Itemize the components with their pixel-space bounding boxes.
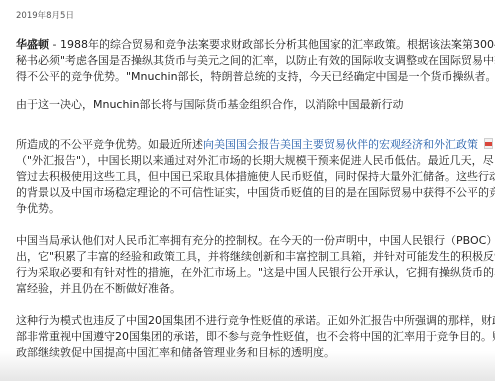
dateline: 华盛顿	[16, 38, 49, 51]
pdf-file-icon[interactable]	[484, 138, 493, 149]
paragraph-line: 秘书必须"考虑各国是否操纵其货币与美元之间的汇率，以防止有效的国际收支调整或在国…	[16, 53, 484, 69]
paragraph-line: 这种行为模式也违反了中国20国集团不进行竞争性贬值的承诺。正如外汇报告中所强调的…	[16, 313, 484, 329]
article-page: 2019年8月5日 华盛顿 - 1988年的综合贸易和竞争法案要求财政部长分析其…	[0, 0, 495, 381]
paragraph-line: 行为采取必要和有针对性的措施，在外汇市场上。"这是中国人民银行公开承认，它拥有操…	[16, 265, 484, 281]
paragraph-pboc: 中国当局承认他们对人民币汇率拥有充分的控制权。在今天的一份声明中，中国人民银行（…	[16, 233, 484, 297]
paragraph-line: 华盛顿 - 1988年的综合贸易和竞争法案要求财政部长分析其他国家的汇率政策。根…	[16, 37, 484, 53]
paragraph-line: 富经验，并且仍在不断做好准备。	[16, 281, 484, 297]
paragraph-line: 得不公平的竞争优势。"Mnuchin部长，特朗普总统的支持，今天已经确定中国是一…	[16, 69, 484, 85]
paragraph-line: 政部继续敦促中国提高中国汇率和储备管理业务和目标的透明度。	[16, 345, 484, 361]
paragraph-line: （"外汇报告"），中国长期以来通过对外汇市场的长期大规模干预来促进人民币低估。最…	[16, 153, 484, 169]
paragraph-line: 所造成的不公平竞争优势。如最近所述向美国国会报告美国主要贸易伙伴的宏观经济和外汇…	[16, 137, 484, 153]
paragraph-line: 部非常重视中国遵守20国集团的承诺，即不参与竞争性贬值，也不会将中国的汇率用于竞…	[16, 329, 484, 345]
paragraph-intro: 华盛顿 - 1988年的综合贸易和竞争法案要求财政部长分析其他国家的汇率政策。根…	[16, 37, 484, 85]
paragraph-line: 中国当局承认他们对人民币汇率拥有充分的控制权。在今天的一份声明中，中国人民银行（…	[16, 233, 484, 249]
paragraph-line: 的背景以及中国市场稳定理论的不可信性证实，中国货币贬值的目的是在国际贸易中获得不…	[16, 185, 484, 201]
paragraph-determination: 由于这一决心，Mnuchin部长将与国际货币基金组织合作，以消除中国最新行动	[16, 97, 484, 113]
fx-report-link[interactable]: 向美国国会报告美国主要贸易伙伴的宏观经济和外汇政策	[203, 138, 478, 151]
paragraph-fx-report: 所造成的不公平竞争优势。如最近所述向美国国会报告美国主要贸易伙伴的宏观经济和外汇…	[16, 137, 484, 217]
paragraph-line: 争优势。	[16, 201, 484, 217]
paragraph-line: 由于这一决心，Mnuchin部长将与国际货币基金组织合作，以消除中国最新行动	[16, 97, 484, 113]
article-date: 2019年8月5日	[16, 9, 74, 21]
paragraph-g20: 这种行为模式也违反了中国20国集团不进行竞争性贬值的承诺。正如外汇报告中所强调的…	[16, 313, 484, 361]
paragraph-line: 出，它"积累了丰富的经验和政策工具，并将继续创新和丰富控制工具箱，并针对可能发生…	[16, 249, 484, 265]
paragraph-line: 管过去积极使用这些工具，但中国已采取具体措施使人民币贬值，同时保持大量外汇储备。…	[16, 169, 484, 185]
